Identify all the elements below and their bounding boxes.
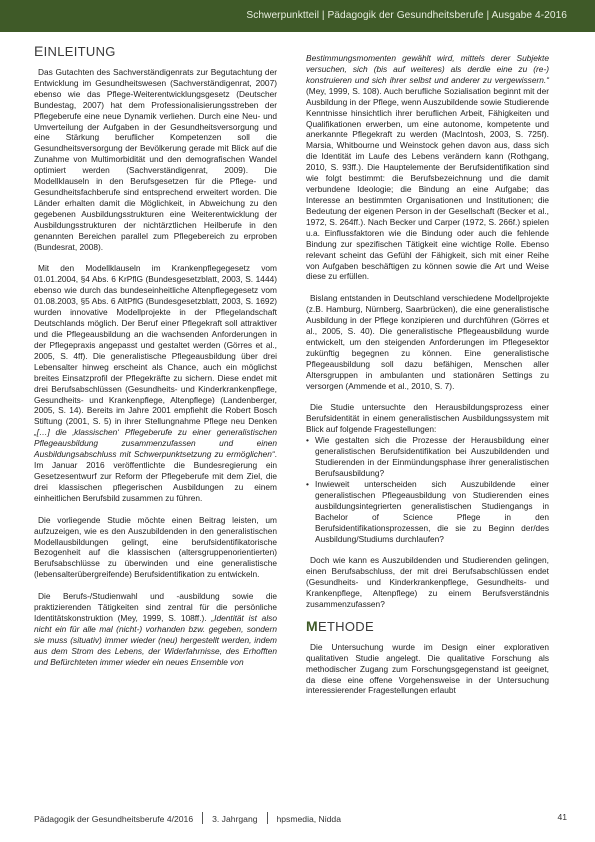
paragraph: Die Untersuchung wurde im Design einer e… xyxy=(306,642,549,697)
section-heading-einleitung: EINLEITUNG xyxy=(34,46,277,58)
footer-divider xyxy=(202,812,203,824)
research-questions-list: Wie gestalten sich die Prozesse der Hera… xyxy=(306,435,549,544)
paragraph: Die Studie untersuchte den Herausbildung… xyxy=(306,402,549,435)
quote: Bestimmungsmomenten gewählt wird, mittel… xyxy=(306,53,549,85)
list-item: Inwieweit unterscheiden sich Auszubilden… xyxy=(306,479,549,545)
page-number: 41 xyxy=(557,812,567,822)
footer-volume: 3. Jahrgang xyxy=(212,814,257,824)
footer-divider xyxy=(267,812,268,824)
section-heading-methode: METHODE xyxy=(306,621,549,633)
paragraph: Bislang entstanden in Deutschland versch… xyxy=(306,293,549,391)
paragraph: Doch wie kann es Auszubildenden und Stud… xyxy=(306,555,549,610)
right-column: Bestimmungsmomenten gewählt wird, mittel… xyxy=(306,53,549,707)
footer-publisher: hpsmedia, Nidda xyxy=(277,814,342,824)
left-column: EINLEITUNG Das Gutachten des Sachverstän… xyxy=(34,46,277,678)
quote: „[…] die ‚klassischen‘ Pflegeberufe zu e… xyxy=(34,427,277,459)
paragraph: Mit den Modellklauseln im Krankenpflegeg… xyxy=(34,263,277,503)
page-footer: Pädagogik der Gesundheitsberufe 4/20163.… xyxy=(34,812,567,824)
paragraph: Bestimmungsmomenten gewählt wird, mittel… xyxy=(306,53,549,282)
running-header-bar: Schwerpunktteil | Pädagogik der Gesundhe… xyxy=(0,0,595,32)
list-item: Wie gestalten sich die Prozesse der Hera… xyxy=(306,435,549,479)
paragraph: Die Berufs-/Studienwahl und -ausbildung … xyxy=(34,591,277,667)
footer-journal: Pädagogik der Gesundheitsberufe 4/2016 xyxy=(34,814,193,824)
paragraph: Die vorliegende Studie möchte einen Beit… xyxy=(34,515,277,581)
running-header-title: Schwerpunktteil | Pädagogik der Gesundhe… xyxy=(246,10,567,21)
paragraph: Das Gutachten des Sachverständigenrats z… xyxy=(34,67,277,253)
